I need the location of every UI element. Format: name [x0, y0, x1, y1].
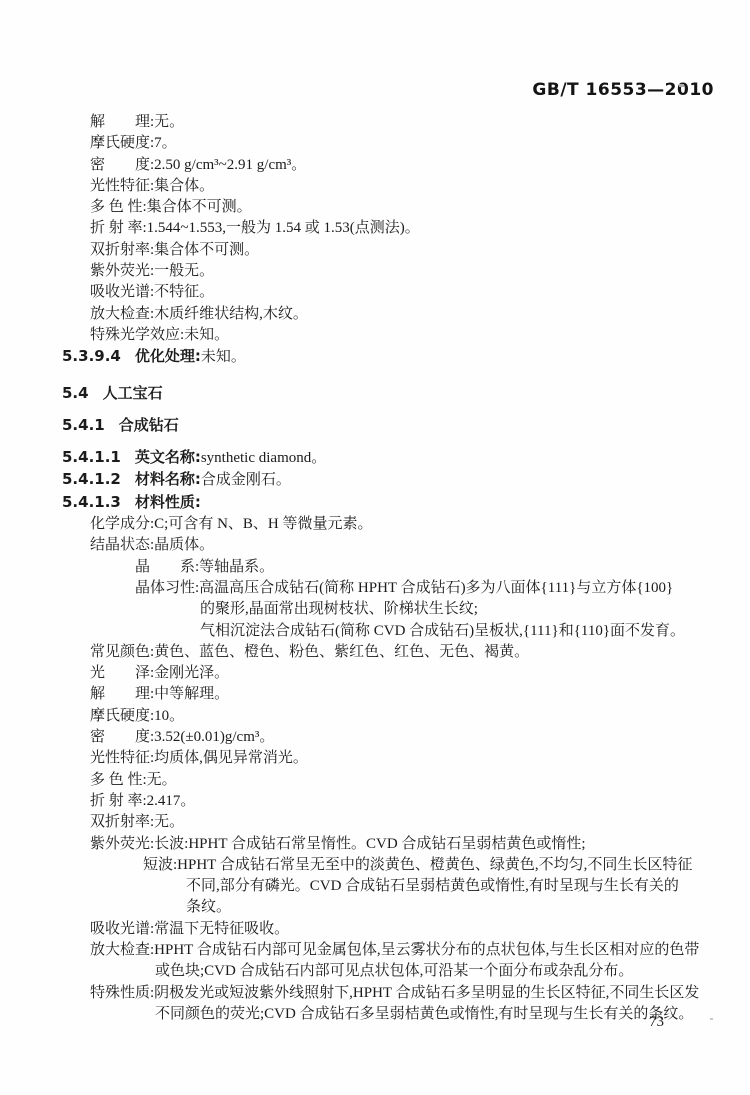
- property-line: 多 色 性:集合体不可测。: [90, 197, 750, 218]
- clause-title: 优化处理:: [135, 347, 201, 365]
- clause-number: 5.4.1.1: [62, 448, 121, 466]
- page-body: 解 理:无。 摩氏硬度:7。 密 度:2.50 g/cm³~2.91 g/cm³…: [0, 112, 750, 1025]
- scan-artifact: [679, 84, 684, 87]
- property-line: 吸收光谱:常温下无特征吸收。: [90, 919, 750, 940]
- property-line: 放大检查:HPHT 合成钻石内部可见金属包体,呈云雾状分布的点状包体,与生长区相…: [90, 940, 750, 961]
- clause-5-4-1-3: 5.4.1.3材料性质:: [62, 492, 750, 514]
- property-line: 双折射率:集合体不可测。: [90, 240, 750, 261]
- property-line: 解 理:无。: [90, 112, 750, 133]
- property-line: 化学成分:C;可含有 N、B、H 等微量元素。: [90, 514, 750, 535]
- property-line: 特殊性质:阴极发光或短波紫外线照射下,HPHT 合成钻石多呈明显的生长区特征,不…: [90, 983, 750, 1004]
- scan-artifact: [710, 1018, 713, 1020]
- property-line: 密 度:2.50 g/cm³~2.91 g/cm³。: [90, 155, 750, 176]
- property-line-continuation: 条纹。: [186, 897, 750, 918]
- standard-code: GB/T 16553—2010: [532, 80, 714, 100]
- clause-text: 合成金刚石。: [201, 472, 291, 488]
- clause-text: 未知。: [201, 349, 246, 365]
- property-line: 摩氏硬度:7。: [90, 133, 750, 154]
- clause-title: 合成钻石: [119, 416, 179, 434]
- property-line: 光 泽:金刚光泽。: [90, 663, 750, 684]
- property-line-continuation: 或色块;CVD 合成钻石内部可见点状包体,可沿某一个面分布或杂乱分布。: [155, 961, 750, 982]
- property-line: 双折射率:无。: [90, 812, 750, 833]
- property-line: 多 色 性:无。: [90, 770, 750, 791]
- clause-title: 英文名称:: [135, 448, 201, 466]
- property-line-continuation: 气相沉淀法合成钻石(简称 CVD 合成钻石)呈板状,{111}和{110}面不发…: [200, 621, 750, 642]
- clause-number: 5.4.1: [62, 416, 105, 434]
- clause-5-4-1-1: 5.4.1.1英文名称:synthetic diamond。: [62, 447, 750, 469]
- property-line: 解 理:中等解理。: [90, 684, 750, 705]
- property-line: 折 射 率:2.417。: [90, 791, 750, 812]
- property-line: 密 度:3.52(±0.01)g/cm³。: [90, 727, 750, 748]
- property-line: 紫外荧光:长波:HPHT 合成钻石常呈惰性。CVD 合成钻石呈弱桔黄色或惰性;: [90, 834, 750, 855]
- property-line: 结晶状态:晶质体。: [90, 535, 750, 556]
- clause-title: 材料性质:: [135, 493, 201, 511]
- property-line-continuation: 不同,部分有磷光。CVD 合成钻石呈弱桔黄色或惰性,有时呈现与生长有关的: [186, 876, 750, 897]
- property-line: 常见颜色:黄色、蓝色、橙色、粉色、紫红色、红色、无色、褐黄。: [90, 642, 750, 663]
- clause-number: 5.4: [62, 384, 89, 402]
- clause-5-4-1: 5.4.1合成钻石: [62, 415, 750, 437]
- document-page: GB/T 16553—2010 解 理:无。 摩氏硬度:7。 密 度:2.50 …: [0, 0, 750, 1095]
- property-line: 短波:HPHT 合成钻石常呈无至中的淡黄色、橙黄色、绿黄色,不均匀,不同生长区特…: [143, 855, 750, 876]
- property-line: 放大检查:木质纤维状结构,木纹。: [90, 304, 750, 325]
- property-line: 光性特征:均质体,偶见异常消光。: [90, 748, 750, 769]
- page-number: 73: [649, 1014, 664, 1031]
- property-line: 吸收光谱:不特征。: [90, 282, 750, 303]
- property-line: 晶体习性:高温高压合成钻石(简称 HPHT 合成钻石)多为八面体{111}与立方…: [135, 578, 750, 599]
- property-line: 特殊光学效应:未知。: [90, 325, 750, 346]
- property-line-continuation: 的聚形,晶面常出现树枝状、阶梯状生长纹;: [200, 599, 750, 620]
- clause-number: 5.4.1.2: [62, 470, 121, 488]
- clause-title: 材料名称:: [135, 470, 201, 488]
- clause-5-4: 5.4人工宝石: [62, 383, 750, 405]
- clause-text: synthetic diamond。: [201, 450, 326, 466]
- property-line: 紫外荧光:一般无。: [90, 261, 750, 282]
- clause-title: 人工宝石: [103, 384, 163, 402]
- clause-number: 5.4.1.3: [62, 493, 121, 511]
- clause-5-4-1-2: 5.4.1.2材料名称:合成金刚石。: [62, 469, 750, 491]
- property-line: 折 射 率:1.544~1.553,一般为 1.54 或 1.53(点测法)。: [90, 218, 750, 239]
- property-line: 晶 系:等轴晶系。: [135, 557, 750, 578]
- property-line: 光性特征:集合体。: [90, 176, 750, 197]
- clause-number: 5.3.9.4: [62, 347, 121, 365]
- clause-5-3-9-4: 5.3.9.4优化处理:未知。: [62, 346, 750, 368]
- property-line: 摩氏硬度:10。: [90, 706, 750, 727]
